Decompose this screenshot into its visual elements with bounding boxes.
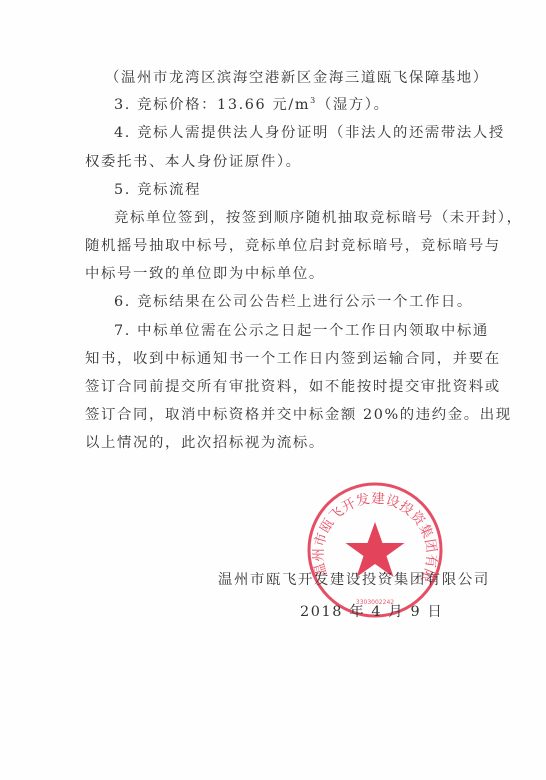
- winner-line-1: 7. 中标单位需在公示之日起一个工作日内领取中标通: [114, 321, 489, 341]
- winner-line-4: 签订合同，取消中标资格并交中标金额 20%的违约金。出现: [85, 405, 512, 425]
- result-line: 6. 竞标结果在公司公告栏上进行公示一个工作日。: [114, 292, 473, 312]
- process-heading: 5. 竞标流程: [114, 180, 201, 200]
- address-line: （温州市龙湾区滨海空港新区金海三道瓯飞保障基地）: [105, 68, 489, 88]
- company-seal-stamp: 温州市瓯飞开发建设投资集团有限公司 3303002242: [305, 480, 445, 620]
- winner-line-5: 以上情况的，此次招标视为流标。: [85, 433, 325, 453]
- price-superscript: 3: [310, 96, 317, 105]
- winner-line-3: 签订合同前提交所有审批资料，如不能按时提交审批资料或: [85, 377, 501, 397]
- price-suffix: （湿方）。: [317, 97, 390, 113]
- signature-company: 温州市瓯飞开发建设投资集团有限公司: [218, 570, 490, 590]
- document-page: （温州市龙湾区滨海空港新区金海三道瓯飞保障基地） 3. 竞标价格：13.66 元…: [0, 0, 546, 780]
- winner-line-2: 知书，收到中标通知书一个工作日内签到运输合同，并要在: [85, 349, 501, 369]
- requirement-line-1: 4. 竞标人需提供法人身份证明（非法人的还需带法人授: [114, 123, 505, 143]
- price-text: 3. 竞标价格：13.66 元/m: [114, 97, 310, 113]
- process-line-2: 随机摇号抽取中标号，竞标单位启封竞标暗号，竞标暗号与: [85, 236, 501, 256]
- requirement-line-2: 权委托书、本人身份证原件）。: [85, 152, 302, 172]
- process-line-3: 中标号一致的单位即为中标单位。: [85, 264, 325, 284]
- price-line: 3. 竞标价格：13.66 元/m3（湿方）。: [114, 95, 390, 115]
- process-line-1: 竞标单位签到，按签到顺序随机抽取竞标暗号（未开封），: [114, 208, 523, 228]
- signature-date: 2018 年 4 月 9 日: [300, 602, 443, 622]
- star-icon: [346, 522, 405, 577]
